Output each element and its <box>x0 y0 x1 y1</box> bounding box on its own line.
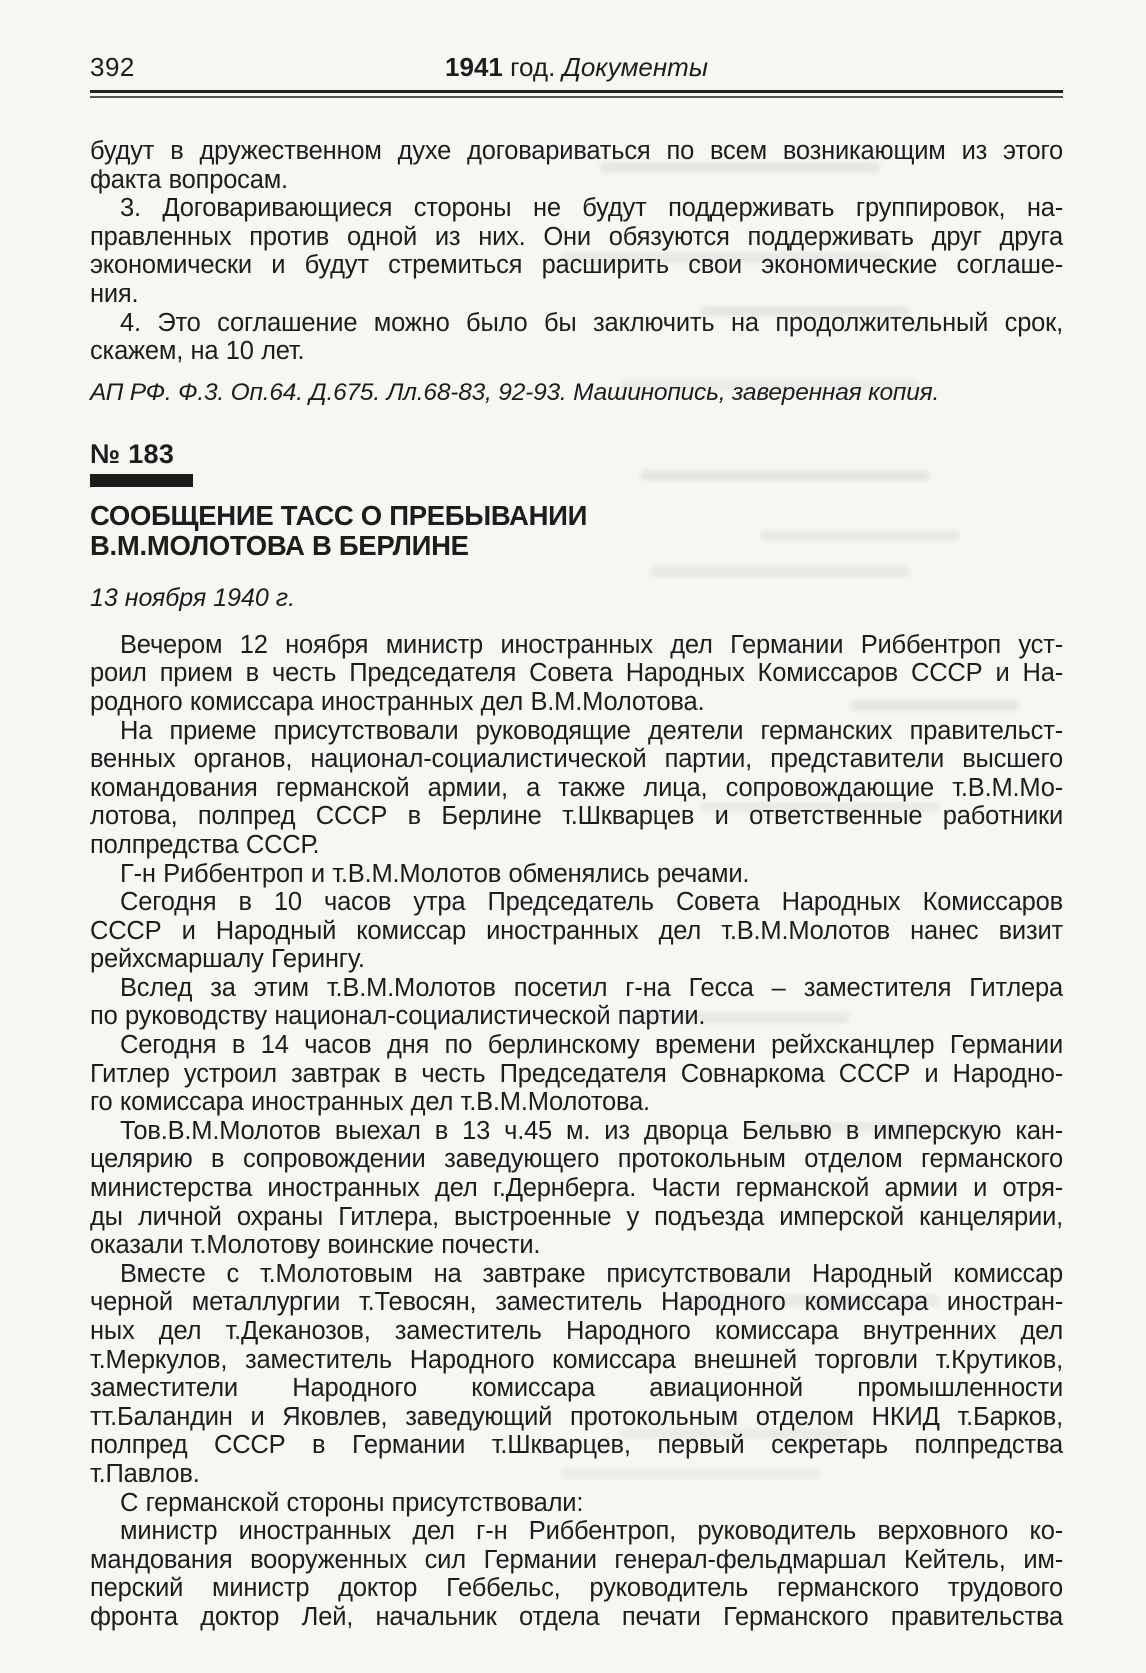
text-line: полпред СССР в Германии т.Шкварцев, перв… <box>90 1431 1063 1460</box>
page-body: будут в дружественном духе договариватьс… <box>90 137 1063 1632</box>
text-line: родного комиссара иностранных дел В.М.Мо… <box>90 688 1063 717</box>
paragraph: Сегодня в 14 часов дня по берлинскому вр… <box>90 1031 1063 1117</box>
document-number-bar <box>90 474 193 487</box>
text-line: тт.Баландин и Яковлев, заведующий проток… <box>90 1403 1063 1432</box>
text-line: ды личной охраны Гитлера, выстроенные у … <box>90 1203 1063 1232</box>
text-line: На приеме присутствовали руководящие дея… <box>90 717 1063 746</box>
text-line: целярию в сопровождении заведующего прот… <box>90 1145 1063 1174</box>
text-line: правленных против одной из них. Они обяз… <box>90 223 1063 252</box>
document-number: № 183 <box>90 440 1063 469</box>
document-title: СООБЩЕНИЕ ТАСС О ПРЕБЫВАНИИ В.М.МОЛОТОВА… <box>90 501 1063 561</box>
text-line: экономически и будут стремиться расширит… <box>90 251 1063 280</box>
document-title-line: В.М.МОЛОТОВА В БЕРЛИНЕ <box>90 531 1063 561</box>
text-line: Гитлер устроил завтрак в честь Председат… <box>90 1060 1063 1089</box>
text-line: по руководству национал-социалистической… <box>90 1002 1063 1031</box>
paragraph: На приеме присутствовали руководящие дея… <box>90 717 1063 860</box>
document-date: 13 ноября 1940 г. <box>90 584 1063 612</box>
text-line: т.Павлов. <box>90 1460 1063 1489</box>
document-183-paragraphs: Вечером 12 ноября министр иностранных де… <box>90 631 1063 1632</box>
page-header: 392 1941 год. Документы <box>90 50 1063 84</box>
text-line: ных дел т.Деканозов, заместитель Народно… <box>90 1317 1063 1346</box>
text-line: черной металлургии т.Тевосян, заместител… <box>90 1288 1063 1317</box>
paragraph: Вечером 12 ноября министр иностранных де… <box>90 631 1063 717</box>
text-line: Сегодня в 10 часов утра Председатель Сов… <box>90 888 1063 917</box>
paragraph: министр иностранных дел г-н Риббентроп, … <box>90 1517 1063 1631</box>
document-183: № 183 СООБЩЕНИЕ ТАСС О ПРЕБЫВАНИИ В.М.МО… <box>90 440 1063 1632</box>
text-line: го комиссара иностранных дел т.В.М.Молот… <box>90 1088 1063 1117</box>
text-line: ния. <box>90 280 1063 309</box>
text-line: министерства иностранных дел г.Дернберга… <box>90 1174 1063 1203</box>
text-line: командования германской армии, а также л… <box>90 774 1063 803</box>
archive-citation: АП РФ. Ф.3. Оп.64. Д.675. Лл.68-83, 92-9… <box>90 379 1063 407</box>
document-182-paragraphs: будут в дружественном духе договариватьс… <box>90 137 1063 366</box>
text-line: заместители Народного комиссара авиацион… <box>90 1374 1063 1403</box>
running-head-word: год. <box>503 52 563 82</box>
paragraph: Вместе с т.Молотовым на завтраке присутс… <box>90 1260 1063 1489</box>
text-line: 4. Это соглашение можно было бы заключит… <box>90 309 1063 338</box>
running-head: 1941 год. Документы <box>90 52 1063 83</box>
text-line: С германской стороны присутствовали: <box>90 1489 1063 1518</box>
text-line: Сегодня в 14 часов дня по берлинскому вр… <box>90 1031 1063 1060</box>
paragraph: 3. Договаривающиеся стороны не будут под… <box>90 194 1063 308</box>
document-182-ending: будут в дружественном духе договариватьс… <box>90 137 1063 407</box>
running-head-year: 1941 <box>445 52 503 82</box>
text-line: оказали т.Молотову воинские почести. <box>90 1231 1063 1260</box>
scanned-book-page: 392 1941 год. Документы будут в дружеств… <box>0 0 1146 1673</box>
text-line: полпредства СССР. <box>90 831 1063 860</box>
text-line: министр иностранных дел г-н Риббентроп, … <box>90 1517 1063 1546</box>
text-line: т.Меркулов, заместитель Народного комисс… <box>90 1346 1063 1375</box>
paragraph: 4. Это соглашение можно было бы заключит… <box>90 309 1063 366</box>
text-line: Тов.В.М.Молотов выехал в 13 ч.45 м. из д… <box>90 1117 1063 1146</box>
text-line: Г-н Риббентроп и т.В.М.Молотов обменялис… <box>90 860 1063 889</box>
paragraph: Тов.В.М.Молотов выехал в 13 ч.45 м. из д… <box>90 1117 1063 1260</box>
text-line: 3. Договаривающиеся стороны не будут под… <box>90 194 1063 223</box>
text-line: будут в дружественном духе договариватьс… <box>90 137 1063 166</box>
text-line: Вместе с т.Молотовым на завтраке присутс… <box>90 1260 1063 1289</box>
paragraph: будут в дружественном духе договариватьс… <box>90 137 1063 194</box>
header-rule <box>90 90 1063 98</box>
running-head-section: Документы <box>563 52 708 82</box>
text-line: венных органов, национал-социалистическо… <box>90 745 1063 774</box>
text-line: факта вопросам. <box>90 166 1063 195</box>
paragraph: С германской стороны присутствовали: <box>90 1489 1063 1518</box>
text-line: скажем, на 10 лет. <box>90 337 1063 366</box>
text-line: Вечером 12 ноября министр иностранных де… <box>90 631 1063 660</box>
text-line: рейхсмаршалу Герингу. <box>90 945 1063 974</box>
page-content: 392 1941 год. Документы будут в дружеств… <box>0 0 1146 1632</box>
paragraph: Сегодня в 10 часов утра Председатель Сов… <box>90 888 1063 974</box>
document-title-line: СООБЩЕНИЕ ТАСС О ПРЕБЫВАНИИ <box>90 501 1063 531</box>
paragraph: Вслед за этим т.В.М.Молотов посетил г-на… <box>90 974 1063 1031</box>
text-line: лотова, полпред СССР в Берлине т.Шкварце… <box>90 802 1063 831</box>
text-line: мандования вооруженных сил Германии гене… <box>90 1546 1063 1575</box>
text-line: СССР и Народный комиссар иностранных дел… <box>90 917 1063 946</box>
text-line: Вслед за этим т.В.М.Молотов посетил г-на… <box>90 974 1063 1003</box>
text-line: фронта доктор Лей, начальник отдела печа… <box>90 1603 1063 1632</box>
paragraph: Г-н Риббентроп и т.В.М.Молотов обменялис… <box>90 860 1063 889</box>
text-line: перский министр доктор Геббельс, руковод… <box>90 1574 1063 1603</box>
text-line: роил прием в честь Председателя Совета Н… <box>90 659 1063 688</box>
